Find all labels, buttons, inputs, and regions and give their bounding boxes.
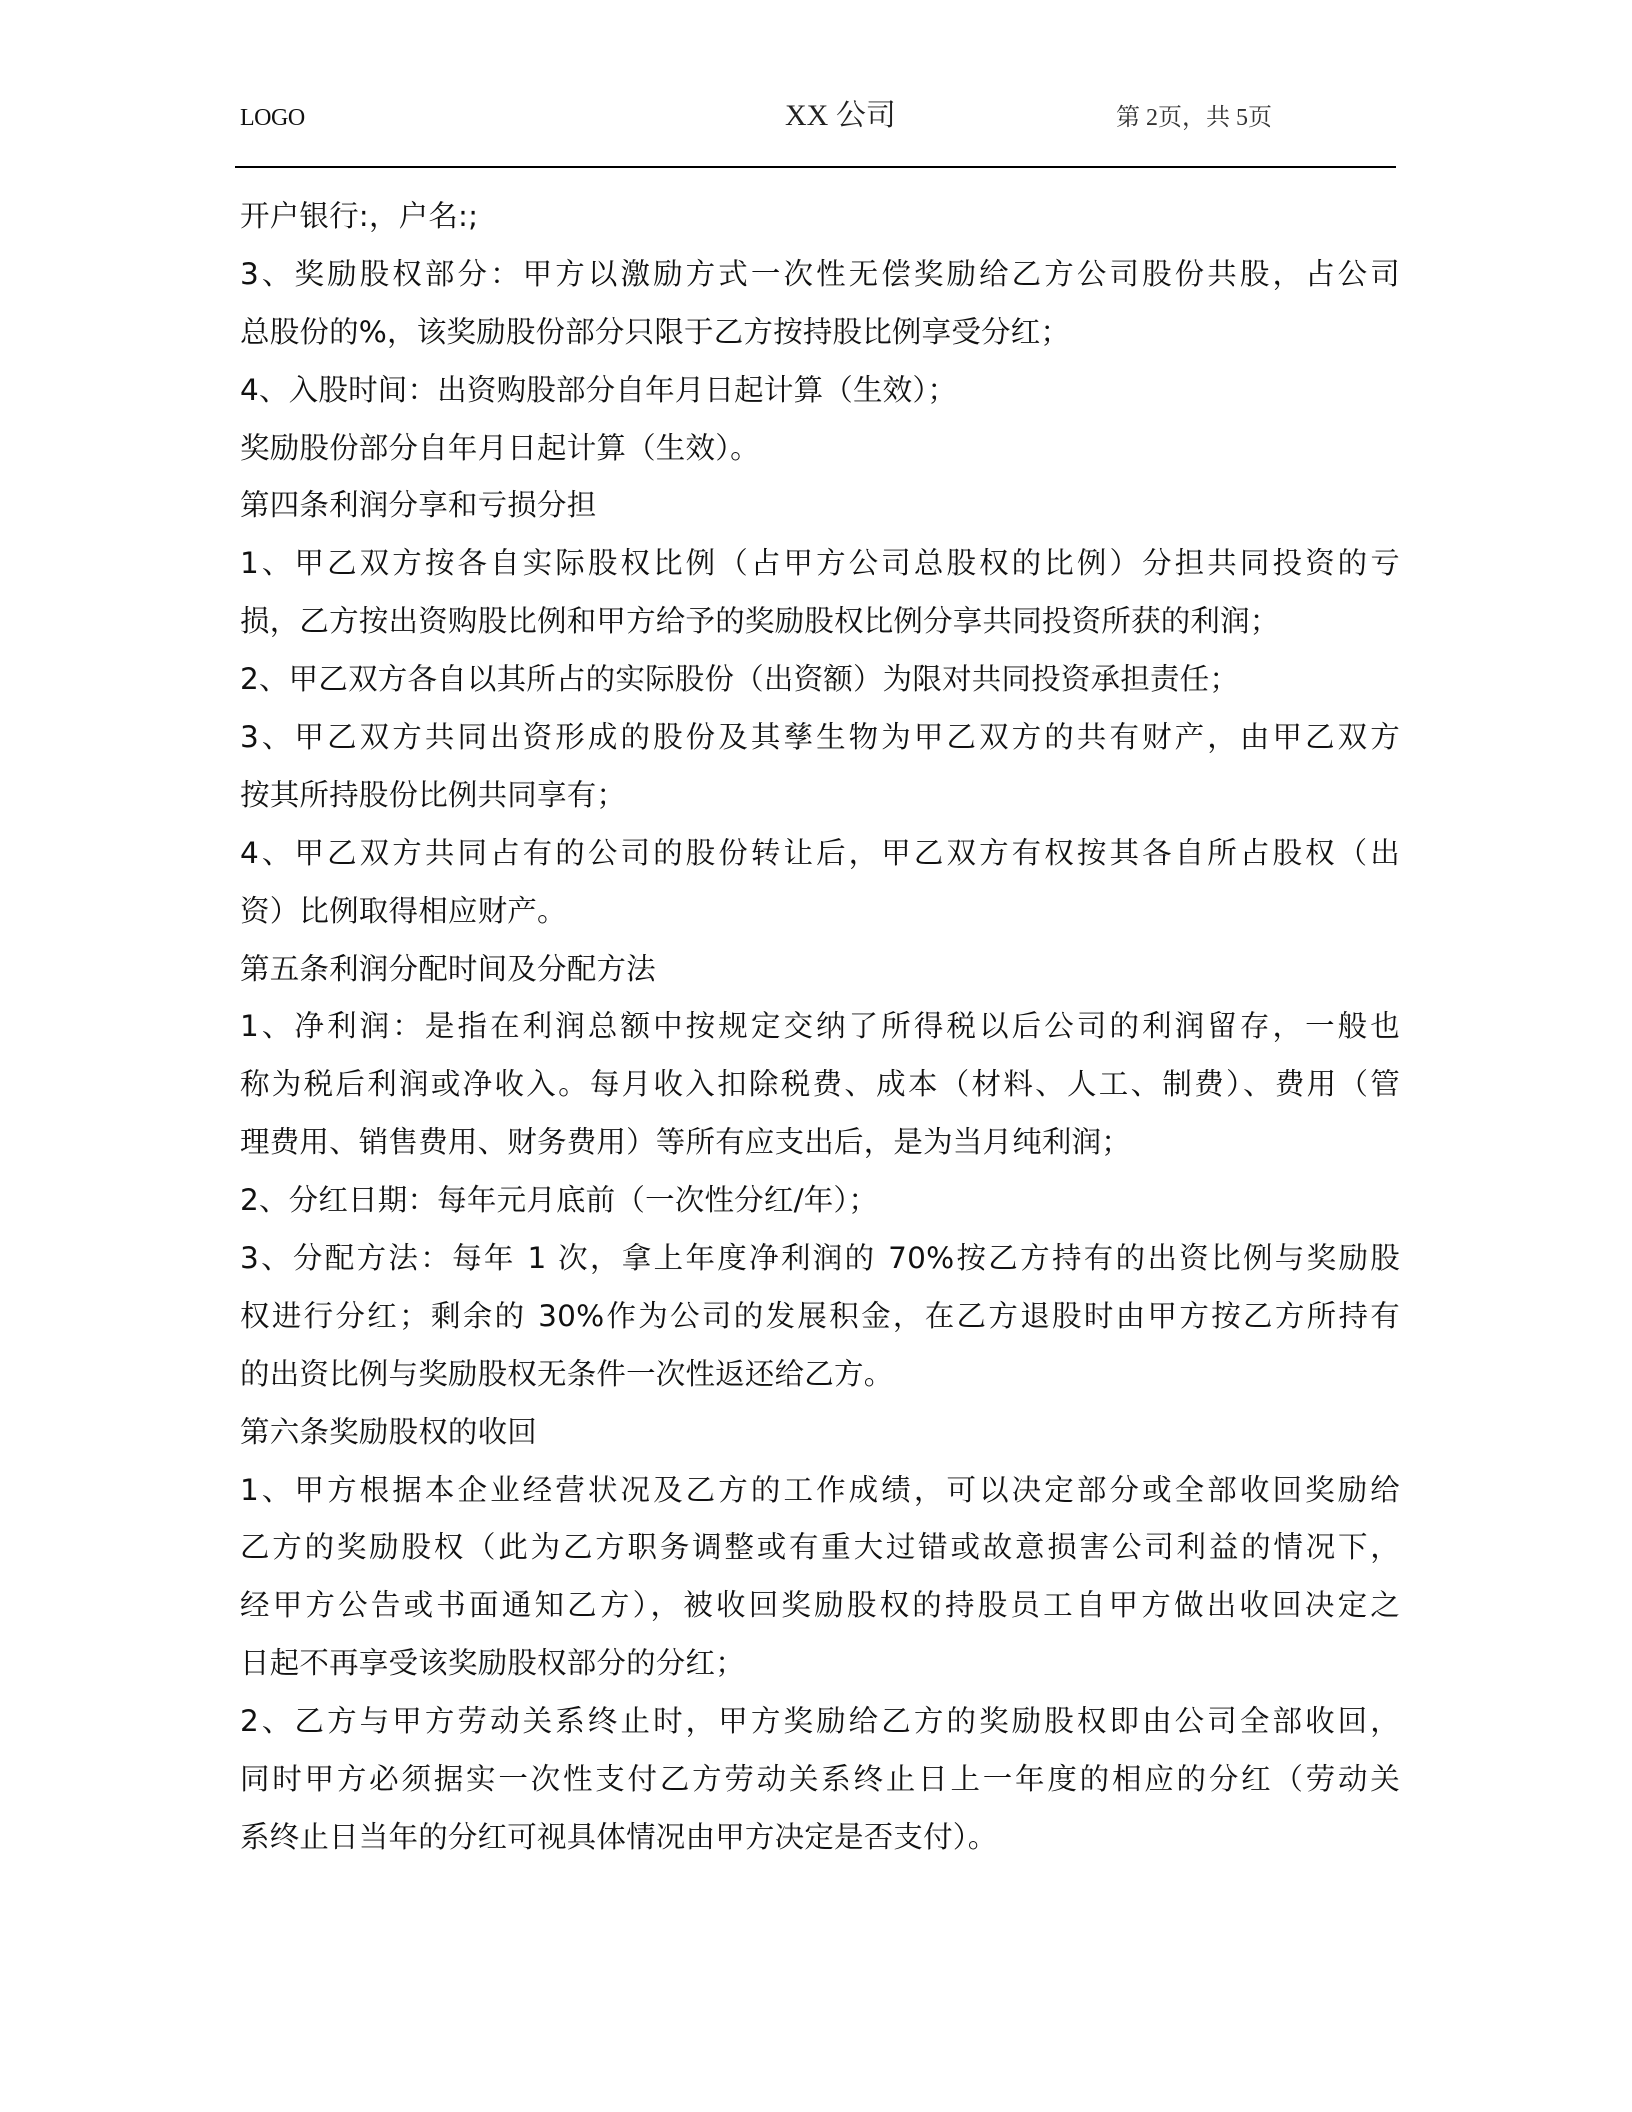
text-line: 乙方的奖励股权（此为乙方职务调整或有重大过错或故意损害公司利益的情况下，	[240, 1519, 1400, 1577]
document-page: LOGO XX 公司 第 2页，共 5页 开户银行:，户名:; 3、奖励股权部分…	[0, 0, 1632, 2112]
text-line: 损，乙方按出资购股比例和甲方给予的奖励股权比例分享共同投资所获的利润；	[240, 593, 1400, 651]
section-heading: 第五条利润分配时间及分配方法	[240, 941, 1400, 999]
text-line: 总股份的%，该奖励股份部分只限于乙方按持股比例享受分红；	[240, 304, 1400, 362]
section-heading: 第四条利润分享和亏损分担	[240, 477, 1400, 535]
document-body: 开户银行:，户名:; 3、奖励股权部分：甲方以激励方式一次性无偿奖励给乙方公司股…	[240, 188, 1400, 1867]
text-line: 4、甲乙双方共同占有的公司的股份转让后，甲乙双方有权按其各自所占股权（出	[240, 825, 1400, 883]
header-divider	[235, 166, 1396, 168]
section-heading: 第六条奖励股权的收回	[240, 1404, 1400, 1462]
text-line: 2、分红日期：每年元月底前（一次性分红/年）；	[240, 1172, 1400, 1230]
text-line: 同时甲方必须据实一次性支付乙方劳动关系终止日上一年度的相应的分红（劳动关	[240, 1751, 1400, 1809]
text-line: 1、净利润：是指在利润总额中按规定交纳了所得税以后公司的利润留存，一般也	[240, 998, 1400, 1056]
text-line: 按其所持股份比例共同享有；	[240, 767, 1400, 825]
text-line: 系终止日当年的分红可视具体情况由甲方决定是否支付）。	[240, 1809, 1400, 1867]
header-page-indicator: 第 2页，共 5页	[1116, 104, 1272, 132]
text-line: 称为税后利润或净收入。每月收入扣除税费、成本（材料、人工、制费）、费用（管	[240, 1056, 1400, 1114]
text-line: 1、甲方根据本企业经营状况及乙方的工作成绩，可以决定部分或全部收回奖励给	[240, 1462, 1400, 1520]
text-line: 3、分配方法：每年 1 次，拿上年度净利润的 70%按乙方持有的出资比例与奖励股	[240, 1230, 1400, 1288]
text-line: 2、乙方与甲方劳动关系终止时，甲方奖励给乙方的奖励股权即由公司全部收回，	[240, 1693, 1400, 1751]
text-line: 1、甲乙双方按各自实际股权比例（占甲方公司总股权的比例）分担共同投资的亏	[240, 535, 1400, 593]
text-line: 2、甲乙双方各自以其所占的实际股份（出资额）为限对共同投资承担责任；	[240, 651, 1400, 709]
text-line: 理费用、销售费用、财务费用）等所有应支出后，是为当月纯利润；	[240, 1114, 1400, 1172]
text-line: 3、甲乙双方共同出资形成的股份及其孳生物为甲乙双方的共有财产，由甲乙双方	[240, 709, 1400, 767]
header-logo: LOGO	[240, 104, 305, 132]
text-line: 的出资比例与奖励股权无条件一次性返还给乙方。	[240, 1346, 1400, 1404]
text-line: 4、入股时间：出资购股部分自年月日起计算（生效）；	[240, 362, 1400, 420]
text-line: 权进行分红；剩余的 30%作为公司的发展积金，在乙方退股时由甲方按乙方所持有	[240, 1288, 1400, 1346]
text-line: 3、奖励股权部分：甲方以激励方式一次性无偿奖励给乙方公司股份共股，占公司	[240, 246, 1400, 304]
header-company-title: XX 公司	[785, 99, 896, 133]
text-line: 开户银行:，户名:;	[240, 188, 1400, 246]
text-line: 经甲方公告或书面通知乙方），被收回奖励股权的持股员工自甲方做出收回决定之	[240, 1577, 1400, 1635]
text-line: 资）比例取得相应财产。	[240, 883, 1400, 941]
text-line: 日起不再享受该奖励股权部分的分红；	[240, 1635, 1400, 1693]
text-line: 奖励股份部分自年月日起计算（生效）。	[240, 420, 1400, 478]
